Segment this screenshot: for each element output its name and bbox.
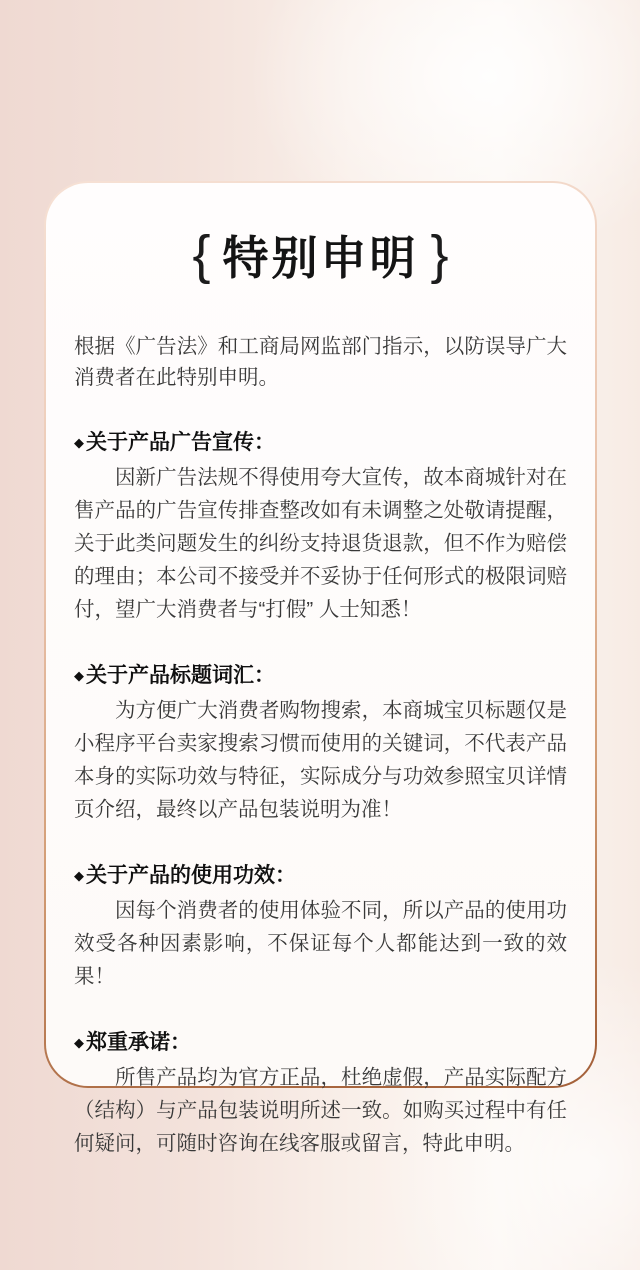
intro-paragraph: 根据《广告法》和工商局网监部门指示，以防误导广大消费者在此特别申明。 [74, 331, 567, 393]
declaration-card: {特别申明} 根据《广告法》和工商局网监部门指示，以防误导广大消费者在此特别申明… [46, 183, 595, 1086]
declaration-section: ◆ 关于产品广告宣传： 因新广告法规不得使用夸大宣传，故本商城针对在售产品的广告… [74, 429, 567, 626]
section-heading-text: 关于产品的使用功效： [86, 862, 296, 890]
sections-container: ◆ 关于产品广告宣传： 因新广告法规不得使用夸大宣传，故本商城针对在售产品的广告… [74, 429, 567, 1160]
page-title: {特别申明} [74, 229, 567, 287]
diamond-bullet-icon: ◆ [74, 862, 84, 890]
section-body-paragraph: 因每个消费者的使用体验不同，所以产品的使用功效受各种因素影响，不保证每个人都能达… [74, 894, 567, 993]
title-close-brace: } [431, 225, 449, 285]
section-heading: ◆ 郑重承诺： [74, 1029, 567, 1057]
section-body-paragraph: 为方便广大消费者购物搜索，本商城宝贝标题仅是小程序平台卖家搜索习惯而使用的关键词… [74, 694, 567, 826]
section-heading: ◆ 关于产品的使用功效： [74, 862, 567, 890]
section-body-paragraph: 所售产品均为官方正品，杜绝虚假，产品实际配方（结构）与产品包装说明所述一致。如购… [74, 1061, 567, 1160]
diamond-bullet-icon: ◆ [74, 1029, 84, 1057]
diamond-bullet-icon: ◆ [74, 429, 84, 457]
declaration-section: ◆ 郑重承诺： 所售产品均为官方正品，杜绝虚假，产品实际配方（结构）与产品包装说… [74, 1029, 567, 1160]
section-body-paragraph: 因新广告法规不得使用夸大宣传，故本商城针对在售产品的广告宣传排查整改如有未调整之… [74, 461, 567, 626]
section-heading-text: 关于产品标题词汇： [86, 662, 275, 690]
declaration-section: ◆ 关于产品标题词汇： 为方便广大消费者购物搜索，本商城宝贝标题仅是小程序平台卖… [74, 662, 567, 826]
title-open-brace: { [192, 225, 210, 285]
page-background: {特别申明} 根据《广告法》和工商局网监部门指示，以防误导广大消费者在此特别申明… [0, 0, 640, 1270]
section-heading: ◆ 关于产品广告宣传： [74, 429, 567, 457]
diamond-bullet-icon: ◆ [74, 662, 84, 690]
section-heading: ◆ 关于产品标题词汇： [74, 662, 567, 690]
section-heading-text: 关于产品广告宣传： [86, 429, 275, 457]
section-heading-text: 郑重承诺： [86, 1029, 191, 1057]
title-text: 特别申明 [223, 232, 419, 284]
declaration-section: ◆ 关于产品的使用功效： 因每个消费者的使用体验不同，所以产品的使用功效受各种因… [74, 862, 567, 993]
declaration-card-border: {特别申明} 根据《广告法》和工商局网监部门指示，以防误导广大消费者在此特别申明… [44, 181, 597, 1088]
